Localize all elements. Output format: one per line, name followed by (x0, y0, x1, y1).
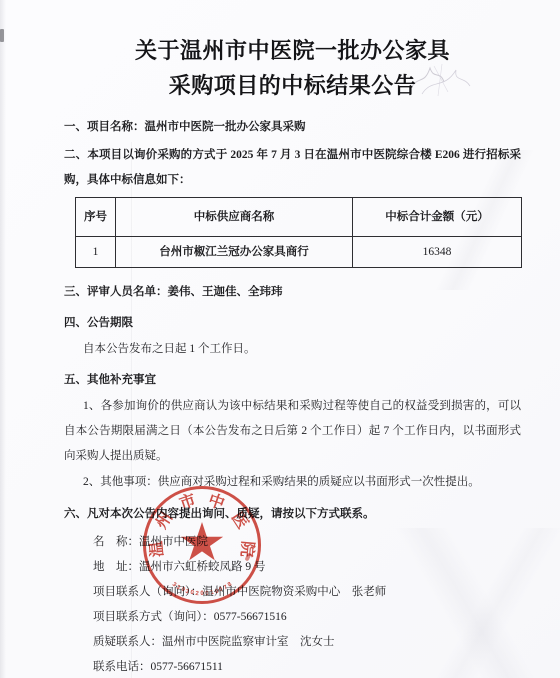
section-project-name: 一、项目名称：温州市中医院一批办公家具采购 (64, 117, 521, 137)
table-header-row: 序号 中标供应商名称 中标合计金额（元） (76, 198, 522, 237)
supplementary-item-2: 2、其他事项：供应商对采购过程和采购结果的质疑应以书面形式一次性提出。 (64, 470, 521, 495)
contact-project-phone: 项目联系方式（询问）：0577-56671516 (93, 605, 521, 630)
table-row: 1 台州市椒江兰冠办公家具商行 16348 (76, 237, 522, 268)
section-announcement-period-body: 自本公告发布之日起 1 个工作日。 (64, 339, 521, 359)
table-header-supplier: 中标供应商名称 (116, 198, 353, 237)
document-title: 关于温州市中医院一批办公家具 采购项目的中标结果公告 (64, 33, 521, 103)
section-announcement-period-heading: 四、公告期限 (64, 313, 521, 333)
section-procurement-method: 二、本项目以询价采购的方式于 2025 年 7 月 3 日在温州市中医院综合楼 … (64, 143, 521, 193)
bid-result-table-wrapper: 序号 中标供应商名称 中标合计金额（元） 1 台州市椒江兰冠办公家具商行 163… (75, 197, 521, 268)
supplementary-item-1: 1、各参加询价的供应商认为该中标结果和采购过程等使自己的权益受到损害的，可以自本… (64, 394, 521, 469)
bid-result-table: 序号 中标供应商名称 中标合计金额（元） 1 台州市椒江兰冠办公家具商行 163… (75, 197, 522, 268)
cell-serial-no: 1 (76, 237, 116, 268)
scan-edge-mark (0, 29, 4, 42)
table-header-no: 序号 (76, 198, 116, 237)
table-header-amount: 中标合计金额（元） (353, 198, 522, 237)
section-contact-heading: 六、凡对本次公告内容提出询问、质疑，请按以下方式联系。 (64, 504, 521, 524)
announcement-document: 关于温州市中医院一批办公家具 采购项目的中标结果公告 一、项目名称：温州市中医院… (64, 33, 521, 678)
contact-phone: 联系电话：0577-56671511 (93, 655, 521, 678)
contact-challenge-person: 质疑联系人：温州市中医院监察审计室 沈女士 (93, 630, 521, 655)
cell-supplier-name: 台州市椒江兰冠办公家具商行 (116, 237, 353, 268)
title-line-2: 采购项目的中标结果公告 (169, 73, 417, 98)
section-supplementary-heading: 五、其他补充事宜 (64, 370, 521, 390)
title-line-1: 关于温州市中医院一批办公家具 (135, 38, 450, 63)
scan-left-edge-shadow (0, 0, 6, 678)
seal-arc-char: 温 (147, 538, 169, 560)
official-seal: 温州市中医院 3303020010078 (143, 486, 261, 604)
cell-bid-amount: 16348 (353, 237, 522, 268)
section-review-panel: 三、评审人员名单：姜伟、王迦佳、全玮玮 (64, 282, 521, 302)
